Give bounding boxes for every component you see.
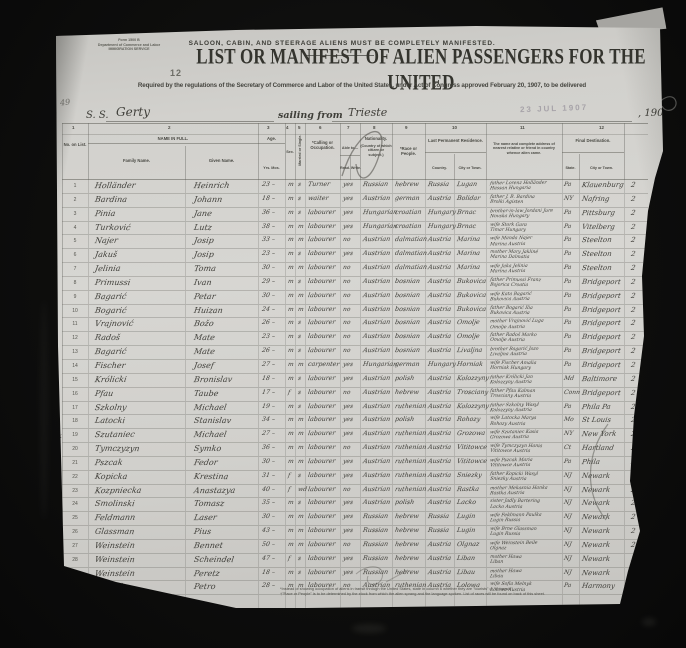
relative-line2: Marina Dalmatia [490,255,563,261]
row-number: 23 [62,485,88,498]
row-number: 22 [62,471,88,484]
row-number: 18 [62,415,88,428]
sex-value: m [287,458,294,465]
marital-value: m [297,361,304,368]
residence-country: Russia [427,513,449,520]
header-write: Write. [350,166,362,170]
read-write-value: yes [342,250,353,257]
relative-line2: Kolozzyny Austria [490,380,563,386]
read-write-value: yes [342,527,353,534]
manifest-row: 24 Smolinski Tomasz 35 – m s labourer ye… [62,498,648,512]
marital-value: m [297,416,304,423]
nationality-value: Austrian [362,499,390,506]
destination-city: Newark [581,555,610,563]
header-no: No. on List. [63,142,87,147]
relative-line2: Bukovica Austria [490,311,563,317]
row-number: 9 [62,291,88,304]
given-name: Ivan [193,278,212,287]
residence-city: Sniezky [456,472,482,479]
destination-city: Bridgeport [581,319,621,327]
given-name: Mate [193,333,215,342]
service-line: IMMIGRATION SERVICE [84,47,174,52]
nationality-value: Russian [362,569,388,576]
row-number: 8 [62,277,88,290]
race-value: dalmatian [395,250,428,257]
given-name: Josip [193,250,214,259]
margin-tally-mark: 2 [630,306,636,314]
family-name: Szkolny [94,402,127,411]
nearest-relative [486,609,562,622]
margin-tally-mark: 2 [630,292,636,300]
margin-tally-mark: 2 [630,416,636,424]
row-number: 16 [62,388,88,401]
manifest-row: 5 Najer Josip 33 – m m labourer no Austr… [62,235,648,249]
age-value: 47 – [261,555,275,562]
race-value: bosnian [394,319,420,326]
marital-value: m [297,444,304,451]
row-number: 15 [62,374,88,387]
row-number: 20 [62,443,88,456]
manifest-row: 15 Królicki Bronislav 18 – m s labourer … [62,374,648,388]
read-write-value: yes [342,361,353,368]
marital-value: s [297,195,301,202]
scan-background: { "colors": {"background":"#0e0e0d","pap… [0,0,686,648]
nationality-value: Austrian [362,416,390,423]
margin-tally-mark: 2 [630,181,636,189]
manifest-row: 20 Tymczyzyn Symko 36 – m m labourer no … [62,443,648,457]
margin-tally-mark: 2 [630,209,636,217]
nationality-value: Austrian [362,333,390,340]
margin-tally-mark: 2 [630,582,636,590]
manifest-row: 9 Bagarić Petar 30 – m m labourer no Aus… [62,291,648,305]
relative-line2: Novska Hungary [490,214,563,220]
margin-tally-mark: 2 [630,555,636,563]
age-value: 30 – [261,264,275,271]
column-tick: 7 [347,125,350,130]
age-value: 33 – [261,236,275,243]
column-tick: 10 [452,125,457,130]
occupation-value: labourer [307,209,336,216]
nationality-value: Austrian [362,402,390,409]
nationality-value: Austrian [362,236,390,243]
family-name: Kozpniecka [94,485,142,494]
nearest-relative: wife Stork Gara Timar Hungary [486,222,562,235]
destination-city: Steelton [581,250,612,258]
destination-city: Steelton [581,236,612,244]
header-destination-group: Final Destination. [562,138,624,143]
relative-line2: Kolozzyny Austria [490,407,563,413]
occupation-value: labourer [308,472,336,479]
family-name: Feldmann [94,513,136,522]
manifest-row: 23 Kozpniecka Anastazya 40 – f wd labour… [62,485,648,499]
occupation-value: labourer [308,333,336,340]
age-value: 31 – [261,472,275,479]
row-number: 24 [62,498,88,511]
relative-line2: Rohozy Austria [490,421,563,427]
read-write-value: yes [342,472,353,479]
marital-value: m [297,306,304,313]
manifest-row: 26 Glassman Pius 43 – m m labourer yes R… [62,526,648,540]
row-number: 4 [62,222,88,235]
destination-state: Pa [563,292,572,299]
destination-city: Bridgeport [581,292,621,300]
race-value: polish [394,375,414,382]
read-write-value: yes [342,416,353,423]
family-name: Fischer [94,361,126,370]
family-name: Bogarić [94,306,127,315]
nearest-relative: wife Brne Glassman Lugin Russia [486,526,562,539]
residence-city: Kolozzyny [456,375,489,382]
destination-city: Phila [581,458,600,466]
manifest-row: 25 Feldmann Laser 30 – m m labourer yes … [62,512,648,526]
column-tick: 1 [72,125,75,130]
residence-country: Hungary [427,209,456,216]
destination-state: NY [563,195,573,202]
destination-city: St Louis [581,416,611,424]
marital-value: s [297,569,301,576]
relative-line2: Bojorica Croatia [490,283,563,289]
given-name: Taube [193,389,219,398]
given-name: Lutz [193,222,212,231]
row-number: 10 [62,305,88,318]
able-group-rule [340,155,360,156]
occupation-value: labourer [308,222,336,229]
residence-country: Austria [427,250,451,257]
family-name: Najer [94,236,118,245]
destination-state: NJ [563,486,572,493]
residence-city: Horniak [456,361,483,368]
relative-line2: Rastka Austria [490,490,563,496]
destination-state: Pa [563,223,571,230]
nationality-value: Russian [362,181,388,188]
nationality-value: Austrian [362,347,390,354]
nearest-relative: sister Jadly Bartering Lacko Austria [486,498,562,511]
relative-line2: Brolki Agisten [490,200,563,206]
destination-group-rule [562,152,624,153]
destination-state: Pa [563,209,572,216]
residence-country: Austria [427,430,451,437]
marital-value: m [297,264,304,271]
residence-country: Austria [427,347,451,354]
occupation-value: carpenter [308,361,340,368]
relative-line2: Timar Hungary [490,228,563,234]
marital-value: s [297,181,301,188]
race-value: ruthenian [394,485,426,492]
row-number: 29 [62,568,88,581]
header-divider [340,123,341,180]
margin-tally-mark: 2 [630,472,636,480]
nationality-value: Austrian [362,264,390,271]
nearest-relative: mother Vrajnović Luga Omolje Austria [486,318,562,331]
manifest-row: 17 Szkolny Michael 19 – m s labourer yes… [62,402,648,416]
marital-value: m [297,292,304,299]
row-number: 17 [62,402,88,415]
marital-value: m [297,541,304,548]
marital-value: m [297,223,304,230]
ship-name: Gerty [116,105,150,119]
given-name: Bennet [193,541,223,550]
destination-city: Newark [581,499,610,507]
manifest-row: 29 Weinstein Peretz 18 – m s labourer ye… [62,568,648,582]
given-name: Michael [193,402,227,411]
residence-city: Vititowce [457,444,488,451]
sex-value: f [287,389,290,396]
margin-tally-mark: 2 [630,541,636,549]
age-value: 50 – [261,541,275,548]
age-value: 35 – [261,499,275,506]
occupation-value: labourer [307,347,336,354]
read-write-value: no [342,389,350,396]
residence-city: Lugin [456,527,475,534]
header-family: Family Name. [88,158,185,163]
read-write-value: yes [342,513,353,520]
nationality-value: Austrian [362,375,390,382]
read-write-value: yes [342,499,353,506]
read-write-value: yes [342,402,353,409]
manifest-row: 2 Bardina Johann 18 – m s waiter yes Aus… [62,194,648,208]
residence-country: Austria [427,389,451,396]
row-number: 13 [62,346,88,359]
given-name: Jane [193,209,212,218]
read-write-value: yes [342,430,353,437]
ss-label: S. S. [86,110,109,121]
relative-line2 [490,596,562,597]
sex-value: m [287,195,294,202]
given-name: Heinrich [193,181,230,190]
residence-city: Lugin [456,513,476,520]
margin-tally-mark: 2 [630,264,636,272]
nearest-relative: wife Pszcak Maria Vititowce Austria [486,457,562,470]
sex-value: m [287,541,294,548]
race-value: ruthenian [394,458,426,465]
margin-tally-mark: 2 [630,527,636,535]
given-name: Krestina [193,472,229,481]
occupation-value: labourer [307,430,336,437]
given-name: Stanislav [193,416,231,425]
form-imprint: Form 1500 B Department of Commerce and L… [84,38,174,52]
nationality-value: Austrian [362,278,390,285]
residence-city: Grozowa [456,430,485,437]
row-number: 5 [62,235,88,248]
relative-line2: Lugin Russia [490,532,563,538]
age-value: 43 – [261,527,275,534]
given-name: Huizan [193,306,223,315]
residence-city: Bukovica [457,278,487,285]
occupation-value: labourer [307,513,336,520]
destination-city: Bridgeport [581,333,621,341]
read-write-value: no [342,319,351,326]
destination-city: Vitelberg [581,222,615,230]
nationality-value: Russian [362,555,388,562]
row-number: 27 [62,540,88,553]
family-name: Holländer [94,181,136,190]
footnote-line: †"Race or People" is to be determined by… [280,591,640,596]
nationality-value: Austrian [362,389,390,396]
marital-value: m [297,513,304,520]
margin-tally-mark: 2 [630,458,636,466]
read-write-value: no [342,347,351,354]
year-suffix: , 190 [638,108,663,119]
margin-tally-mark: 2 [630,195,636,203]
residence-country: Austria [427,472,451,479]
residence-country: Hungary [428,222,457,229]
family-name: Vrajnović [94,319,134,328]
race-value: polish [394,499,414,506]
nationality-value: Austrian [362,195,390,202]
destination-state: NJ [563,513,572,520]
age-value: 30 – [261,513,275,520]
margin-tally-mark: 2 [630,569,636,577]
read-write-value: yes [342,555,353,562]
read-write-value: no [342,333,350,340]
nationality-value: Austrian [362,306,390,313]
blank-underline [332,121,632,122]
nationality-value: Hungarian [363,361,398,368]
occupation-value: labourer [307,458,336,465]
manifest-row: 6 Jakuš Josip 23 – m s labourer yes Aust… [62,249,648,263]
destination-city: Baltimore [581,375,617,383]
header-divider [258,123,259,180]
residence-city: Bolidar [456,195,480,202]
age-value: 27 – [261,361,275,368]
nearest-relative: father Radoš Marko Omolje Austria [486,332,562,345]
margin-tally-mark: 2 [630,499,636,507]
age-value: 30 – [261,458,275,465]
marital-value: s [297,319,301,326]
nationality-value: Austrian [362,250,390,257]
column-tick: 4 [286,125,289,130]
nearest-relative: mother Hawa Libau [486,568,562,581]
destination-city: Newark [581,541,610,549]
row-number: 25 [62,512,88,525]
manifest-row: 11 Vrajnović Božo 26 – m s labourer no A… [62,318,648,332]
residence-country: Austria [427,569,451,576]
tick-row-rule [62,134,648,135]
age-value: 24 – [261,306,275,313]
sex-value: m [287,264,294,271]
row-number: 6 [62,249,88,262]
manifest-row: 18 Latocki Stanislav 34 – m m labourer y… [62,415,648,429]
residence-city: Vititowce [456,458,487,465]
destination-state: NJ [563,527,572,534]
manifest-row: 19 Szutaniec Michael 27 – m m labourer y… [62,429,648,443]
nearest-relative: wife Szutaniec Kasia Grozowa Austria [486,429,562,442]
occupation-value: labourer [307,485,336,492]
age-value: 23 – [261,181,275,188]
destination-state: NJ [563,541,572,548]
nationality-value: Hungarian [363,222,398,229]
header-nationality-sub: (Country of which citizen or subject.) [360,144,392,157]
family-name: Glassman [94,527,135,536]
family-name: Pfau [94,389,114,398]
destination-state: Pa [563,264,572,271]
read-write-value: no [342,236,351,243]
read-write-value: no [342,306,350,313]
header-given: Given Name. [185,158,258,163]
residence-city: Omolje [456,333,480,340]
margin-tally-mark: 2 [630,375,636,383]
relative-line2: Marina Austria [490,269,563,275]
nearest-relative: father Lorenz Holländer Hassan Hungaria [486,180,562,193]
given-name: Toma [193,264,216,273]
age-group-rule [258,143,285,144]
header-marital: Married or Single. [298,131,302,169]
destination-state: Md [563,375,574,382]
relative-line2: Lugin Russia [490,518,563,524]
read-write-value: no [342,541,351,548]
residence-country: Austria [427,485,451,492]
marital-value: s [297,389,301,396]
race-value: dalmatian [394,264,427,271]
sex-value: m [287,209,294,216]
read-write-value: yes [342,569,353,576]
occupation-value: labourer [308,499,336,506]
manifest-row: 8 Primussi Ivan 29 – m s labourer no Aus… [62,277,648,291]
destination-state: Pa [563,402,572,409]
residence-country: Russia [427,527,449,534]
occupation-value: labourer [307,569,336,576]
sex-value: f [287,472,290,479]
age-value: 34 – [261,416,275,423]
manifest-row: 12 Radoš Mate 23 – m s labourer no Austr… [62,332,648,346]
race-value: hebrew [394,541,419,548]
race-value: hebrew [394,389,419,396]
destination-state: Pa [563,319,572,326]
sex-value: m [287,361,294,368]
sex-value: m [287,333,294,340]
occupation-value: labourer [308,444,336,451]
residence-city: Rohozy [456,416,480,423]
family-name: Smolinski [94,499,135,508]
destination-state: Pa [563,458,572,465]
family-name: Szutaniec [94,430,135,439]
race-value: ruthenian [395,444,427,451]
column-tick: 5 [298,125,301,130]
race-value: croatian [394,209,422,216]
destination-city: Bridgeport [581,278,621,286]
footnotes: *Instead of showing occupation of aliens… [280,586,640,596]
sex-value: m [287,527,294,534]
row-number [62,609,88,622]
given-name: Michael [193,430,227,439]
residence-country: Austria [427,236,451,243]
occupation-value: labourer [307,402,336,409]
sex-value: m [287,416,294,423]
given-name: Scheindel [193,555,234,564]
given-name: Petar [193,292,216,301]
marital-value: s [297,347,301,354]
nationality-value: Austrian [362,485,390,492]
manifest-row: 21 Pszcak Fedor 30 – m m labourer yes Au… [62,457,648,471]
nearest-relative: wife Jaka Jelinia Marina Austria [486,263,562,276]
row-number: 28 [62,554,88,567]
residence-city: Trosciany [457,389,489,396]
row-number: 26 [62,526,88,539]
marital-value: s [297,402,301,409]
sex-value: m [287,444,294,451]
nationality-value: Austrian [362,292,390,299]
family-name: Weinstein [94,541,135,550]
destination-state: Pa [563,278,571,285]
residence-city: Liban [456,555,475,562]
column-tick: 6 [319,125,322,130]
relative-line2: Horniak Hungary [490,366,563,372]
age-value: 29 – [261,278,275,285]
name-group-rule [88,143,258,144]
margin-tally-mark: 2 [630,486,636,494]
residence-country: Austria [427,195,451,202]
family-name: Kopicka [94,472,128,481]
